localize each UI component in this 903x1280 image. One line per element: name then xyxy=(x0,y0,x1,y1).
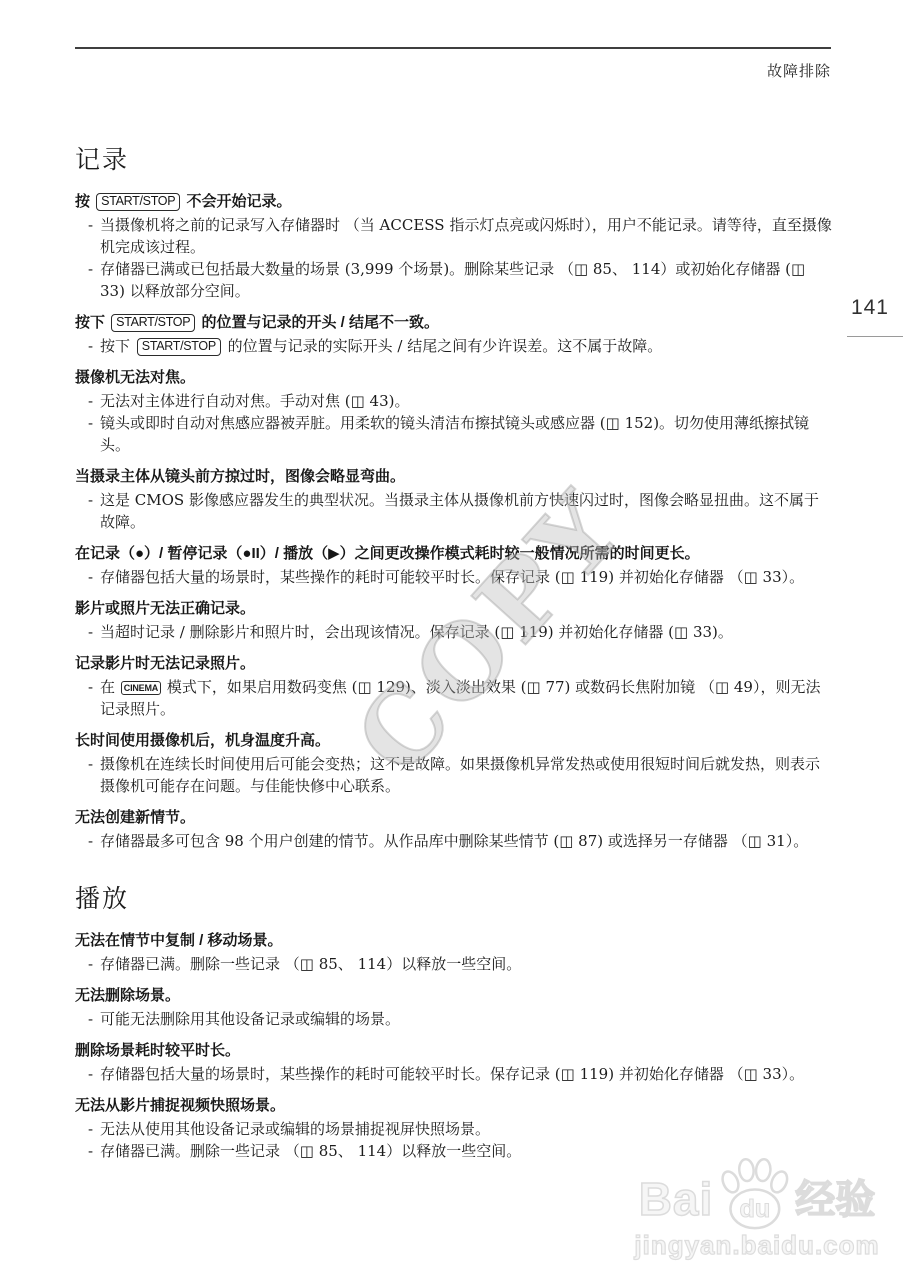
solution-item: - 当超时记录 / 删除影片和照片时，会出现该情况。保存记录 (◫ 119) 并… xyxy=(75,621,832,643)
cinema-mode-badge: CINEMA xyxy=(121,681,161,695)
page-number: 141 xyxy=(851,296,889,320)
problem-heading: 按 START/STOP 不会开始记录。 xyxy=(75,190,832,214)
solution-text: 镜头或即时自动对焦感应器被弄脏。用柔软的镜头清洁布擦拭镜头或感应器 (◫ 152… xyxy=(100,412,832,456)
solution-item: - 当摄像机将之前的记录写入存储器时 （当 ACCESS 指示灯点亮或闪烁时），… xyxy=(75,214,832,258)
section-title-recording: 记录 xyxy=(75,140,832,176)
solution-item: - 存储器已满。删除一些记录 （◫ 85、 114）以释放一些空间。 xyxy=(75,1140,832,1162)
heading-text: 按下 xyxy=(75,314,109,331)
start-stop-button-badge: START/STOP xyxy=(137,338,221,356)
bullet-marker: - xyxy=(88,1118,100,1140)
problem-group: 按 START/STOP 不会开始记录。 - 当摄像机将之前的记录写入存储器时 … xyxy=(75,190,832,302)
problem-heading: 记录影片时无法记录照片。 xyxy=(75,652,832,676)
start-stop-button-badge: START/STOP xyxy=(96,193,180,211)
baidu-logo-text: Bai xyxy=(639,1170,714,1228)
solution-text: 这是 CMOS 影像感应器发生的典型状况。当摄录主体从摄像机前方快速闪过时，图像… xyxy=(100,489,832,533)
bullet-marker: - xyxy=(88,258,100,280)
solution-item: - 在 CINEMA 模式下，如果启用数码变焦 (◫ 129)、淡入淡出效果 (… xyxy=(75,676,832,720)
heading-text: 的位置与记录的开头 / 结尾不一致。 xyxy=(197,314,439,331)
bullet-marker: - xyxy=(88,566,100,588)
solution-text: 当摄像机将之前的记录写入存储器时 （当 ACCESS 指示灯点亮或闪烁时），用户… xyxy=(100,214,832,258)
solution-text: 存储器已满。删除一些记录 （◫ 85、 114）以释放一些空间。 xyxy=(100,953,832,975)
solution-item: - 存储器已满。删除一些记录 （◫ 85、 114）以释放一些空间。 xyxy=(75,953,832,975)
solution-text: 存储器包括大量的场景时，某些操作的耗时可能较平时长。保存记录 (◫ 119) 并… xyxy=(100,566,832,588)
start-stop-button-badge: START/STOP xyxy=(111,314,195,332)
baidu-jingyan-text: 经验 xyxy=(795,1172,875,1228)
solution-text-segment: 按下 xyxy=(100,337,135,355)
bullet-marker: - xyxy=(88,830,100,852)
solution-text: 存储器已满或已包括最大数量的场景 (3,999 个场景)。删除某些记录 （◫ 8… xyxy=(100,258,832,302)
solution-text: 按下 START/STOP 的位置与记录的实际开头 / 结尾之间有少许误差。这不… xyxy=(100,335,832,357)
problem-group: 记录影片时无法记录照片。 - 在 CINEMA 模式下，如果启用数码变焦 (◫ … xyxy=(75,652,832,720)
problem-group: 无法删除场景。 - 可能无法删除用其他设备记录或编辑的场景。 xyxy=(75,984,832,1030)
bullet-marker: - xyxy=(88,390,100,412)
top-rule xyxy=(75,47,831,49)
baidu-du-text: du xyxy=(740,1195,771,1223)
solution-text: 无法从使用其他设备记录或编辑的场景捕捉视屏快照场景。 xyxy=(100,1118,832,1140)
bullet-marker: - xyxy=(88,214,100,236)
problem-group: 删除场景耗时较平时长。 - 存储器包括大量的场景时，某些操作的耗时可能较平时长。… xyxy=(75,1039,832,1085)
problem-heading: 无法删除场景。 xyxy=(75,984,832,1008)
problem-heading: 删除场景耗时较平时长。 xyxy=(75,1039,832,1063)
bullet-marker: - xyxy=(88,412,100,434)
solution-item: - 可能无法删除用其他设备记录或编辑的场景。 xyxy=(75,1008,832,1030)
solution-item: - 存储器包括大量的场景时，某些操作的耗时可能较平时长。保存记录 (◫ 119)… xyxy=(75,1063,832,1085)
heading-text: 不会开始记录。 xyxy=(182,193,291,210)
problem-heading: 长时间使用摄像机后，机身温度升高。 xyxy=(75,729,832,753)
problem-group: 按下 START/STOP 的位置与记录的开头 / 结尾不一致。 - 按下 ST… xyxy=(75,311,832,357)
section-title-playback: 播放 xyxy=(75,879,832,915)
bullet-marker: - xyxy=(88,621,100,643)
problem-group: 当摄录主体从镜头前方掠过时，图像会略显弯曲。 - 这是 CMOS 影像感应器发生… xyxy=(75,465,832,533)
problem-group: 在记录（●）/ 暂停记录（●II）/ 播放（▶）之间更改操作模式耗时较一般情况所… xyxy=(75,542,832,588)
solution-text: 在 CINEMA 模式下，如果启用数码变焦 (◫ 129)、淡入淡出效果 (◫ … xyxy=(100,676,832,720)
problem-heading: 当摄录主体从镜头前方掠过时，图像会略显弯曲。 xyxy=(75,465,832,489)
solution-item: - 存储器包括大量的场景时，某些操作的耗时可能较平时长。保存记录 (◫ 119)… xyxy=(75,566,832,588)
solution-text: 存储器最多可包含 98 个用户创建的情节。从作品库中删除某些情节 (◫ 87) … xyxy=(100,830,832,852)
solution-text: 存储器已满。删除一些记录 （◫ 85、 114）以释放一些空间。 xyxy=(100,1140,832,1162)
problem-group: 影片或照片无法正确记录。 - 当超时记录 / 删除影片和照片时，会出现该情况。保… xyxy=(75,597,832,643)
heading-text: 按 xyxy=(75,193,94,210)
bullet-marker: - xyxy=(88,676,100,698)
bullet-marker: - xyxy=(88,1063,100,1085)
problem-heading: 无法从影片捕捉视频快照场景。 xyxy=(75,1094,832,1118)
problem-group: 无法创建新情节。 - 存储器最多可包含 98 个用户创建的情节。从作品库中删除某… xyxy=(75,806,832,852)
solution-text: 存储器包括大量的场景时，某些操作的耗时可能较平时长。保存记录 (◫ 119) 并… xyxy=(100,1063,832,1085)
page: 故障排除 141 COPY 记录 按 START/STOP 不会开始记录。 - … xyxy=(0,0,903,1280)
problem-heading: 按下 START/STOP 的位置与记录的开头 / 结尾不一致。 xyxy=(75,311,832,335)
solution-text: 摄像机在连续长时间使用后可能会变热；这不是故障。如果摄像机异常发热或使用很短时间… xyxy=(100,753,832,797)
page-header-label: 故障排除 xyxy=(767,60,831,81)
solution-item: - 存储器已满或已包括最大数量的场景 (3,999 个场景)。删除某些记录 （◫… xyxy=(75,258,832,302)
problem-group: 无法在情节中复制 / 移动场景。 - 存储器已满。删除一些记录 （◫ 85、 1… xyxy=(75,929,832,975)
solution-text: 当超时记录 / 删除影片和照片时，会出现该情况。保存记录 (◫ 119) 并初始… xyxy=(100,621,832,643)
solution-item: - 按下 START/STOP 的位置与记录的实际开头 / 结尾之间有少许误差。… xyxy=(75,335,832,357)
problem-group: 摄像机无法对焦。 - 无法对主体进行自动对焦。手动对焦 (◫ 43)。 - 镜头… xyxy=(75,366,832,456)
solution-text-segment: 模式下，如果启用数码变焦 (◫ 129)、淡入淡出效果 (◫ 77) 或数码长焦… xyxy=(100,678,820,718)
solution-text: 无法对主体进行自动对焦。手动对焦 (◫ 43)。 xyxy=(100,390,832,412)
problem-heading: 影片或照片无法正确记录。 xyxy=(75,597,832,621)
content: 记录 按 START/STOP 不会开始记录。 - 当摄像机将之前的记录写入存储… xyxy=(75,140,832,1171)
bullet-marker: - xyxy=(88,953,100,975)
solution-item: - 摄像机在连续长时间使用后可能会变热；这不是故障。如果摄像机异常发热或使用很短… xyxy=(75,753,832,797)
bullet-marker: - xyxy=(88,1008,100,1030)
solution-item: - 无法从使用其他设备记录或编辑的场景捕捉视屏快照场景。 xyxy=(75,1118,832,1140)
solution-text-segment: 的位置与记录的实际开头 / 结尾之间有少许误差。这不属于故障。 xyxy=(223,337,662,355)
solution-item: - 无法对主体进行自动对焦。手动对焦 (◫ 43)。 xyxy=(75,390,832,412)
page-number-rule xyxy=(847,336,903,337)
problem-heading: 无法在情节中复制 / 移动场景。 xyxy=(75,929,832,953)
solution-item: - 存储器最多可包含 98 个用户创建的情节。从作品库中删除某些情节 (◫ 87… xyxy=(75,830,832,852)
bullet-marker: - xyxy=(88,753,100,775)
bullet-marker: - xyxy=(88,489,100,511)
solution-text: 可能无法删除用其他设备记录或编辑的场景。 xyxy=(100,1008,832,1030)
solution-text-segment: 在 xyxy=(100,678,120,696)
solution-item: - 这是 CMOS 影像感应器发生的典型状况。当摄录主体从摄像机前方快速闪过时，… xyxy=(75,489,832,533)
problem-heading: 摄像机无法对焦。 xyxy=(75,366,832,390)
bullet-marker: - xyxy=(88,1140,100,1162)
solution-item: - 镜头或即时自动对焦感应器被弄脏。用柔软的镜头清洁布擦拭镜头或感应器 (◫ 1… xyxy=(75,412,832,456)
problem-group: 长时间使用摄像机后，机身温度升高。 - 摄像机在连续长时间使用后可能会变热；这不… xyxy=(75,729,832,797)
bullet-marker: - xyxy=(88,335,100,357)
problem-group: 无法从影片捕捉视频快照场景。 - 无法从使用其他设备记录或编辑的场景捕捉视屏快照… xyxy=(75,1094,832,1162)
baidu-url-text: jingyan.baidu.com xyxy=(617,1230,897,1261)
problem-heading: 无法创建新情节。 xyxy=(75,806,832,830)
problem-heading: 在记录（●）/ 暂停记录（●II）/ 播放（▶）之间更改操作模式耗时较一般情况所… xyxy=(75,542,832,566)
